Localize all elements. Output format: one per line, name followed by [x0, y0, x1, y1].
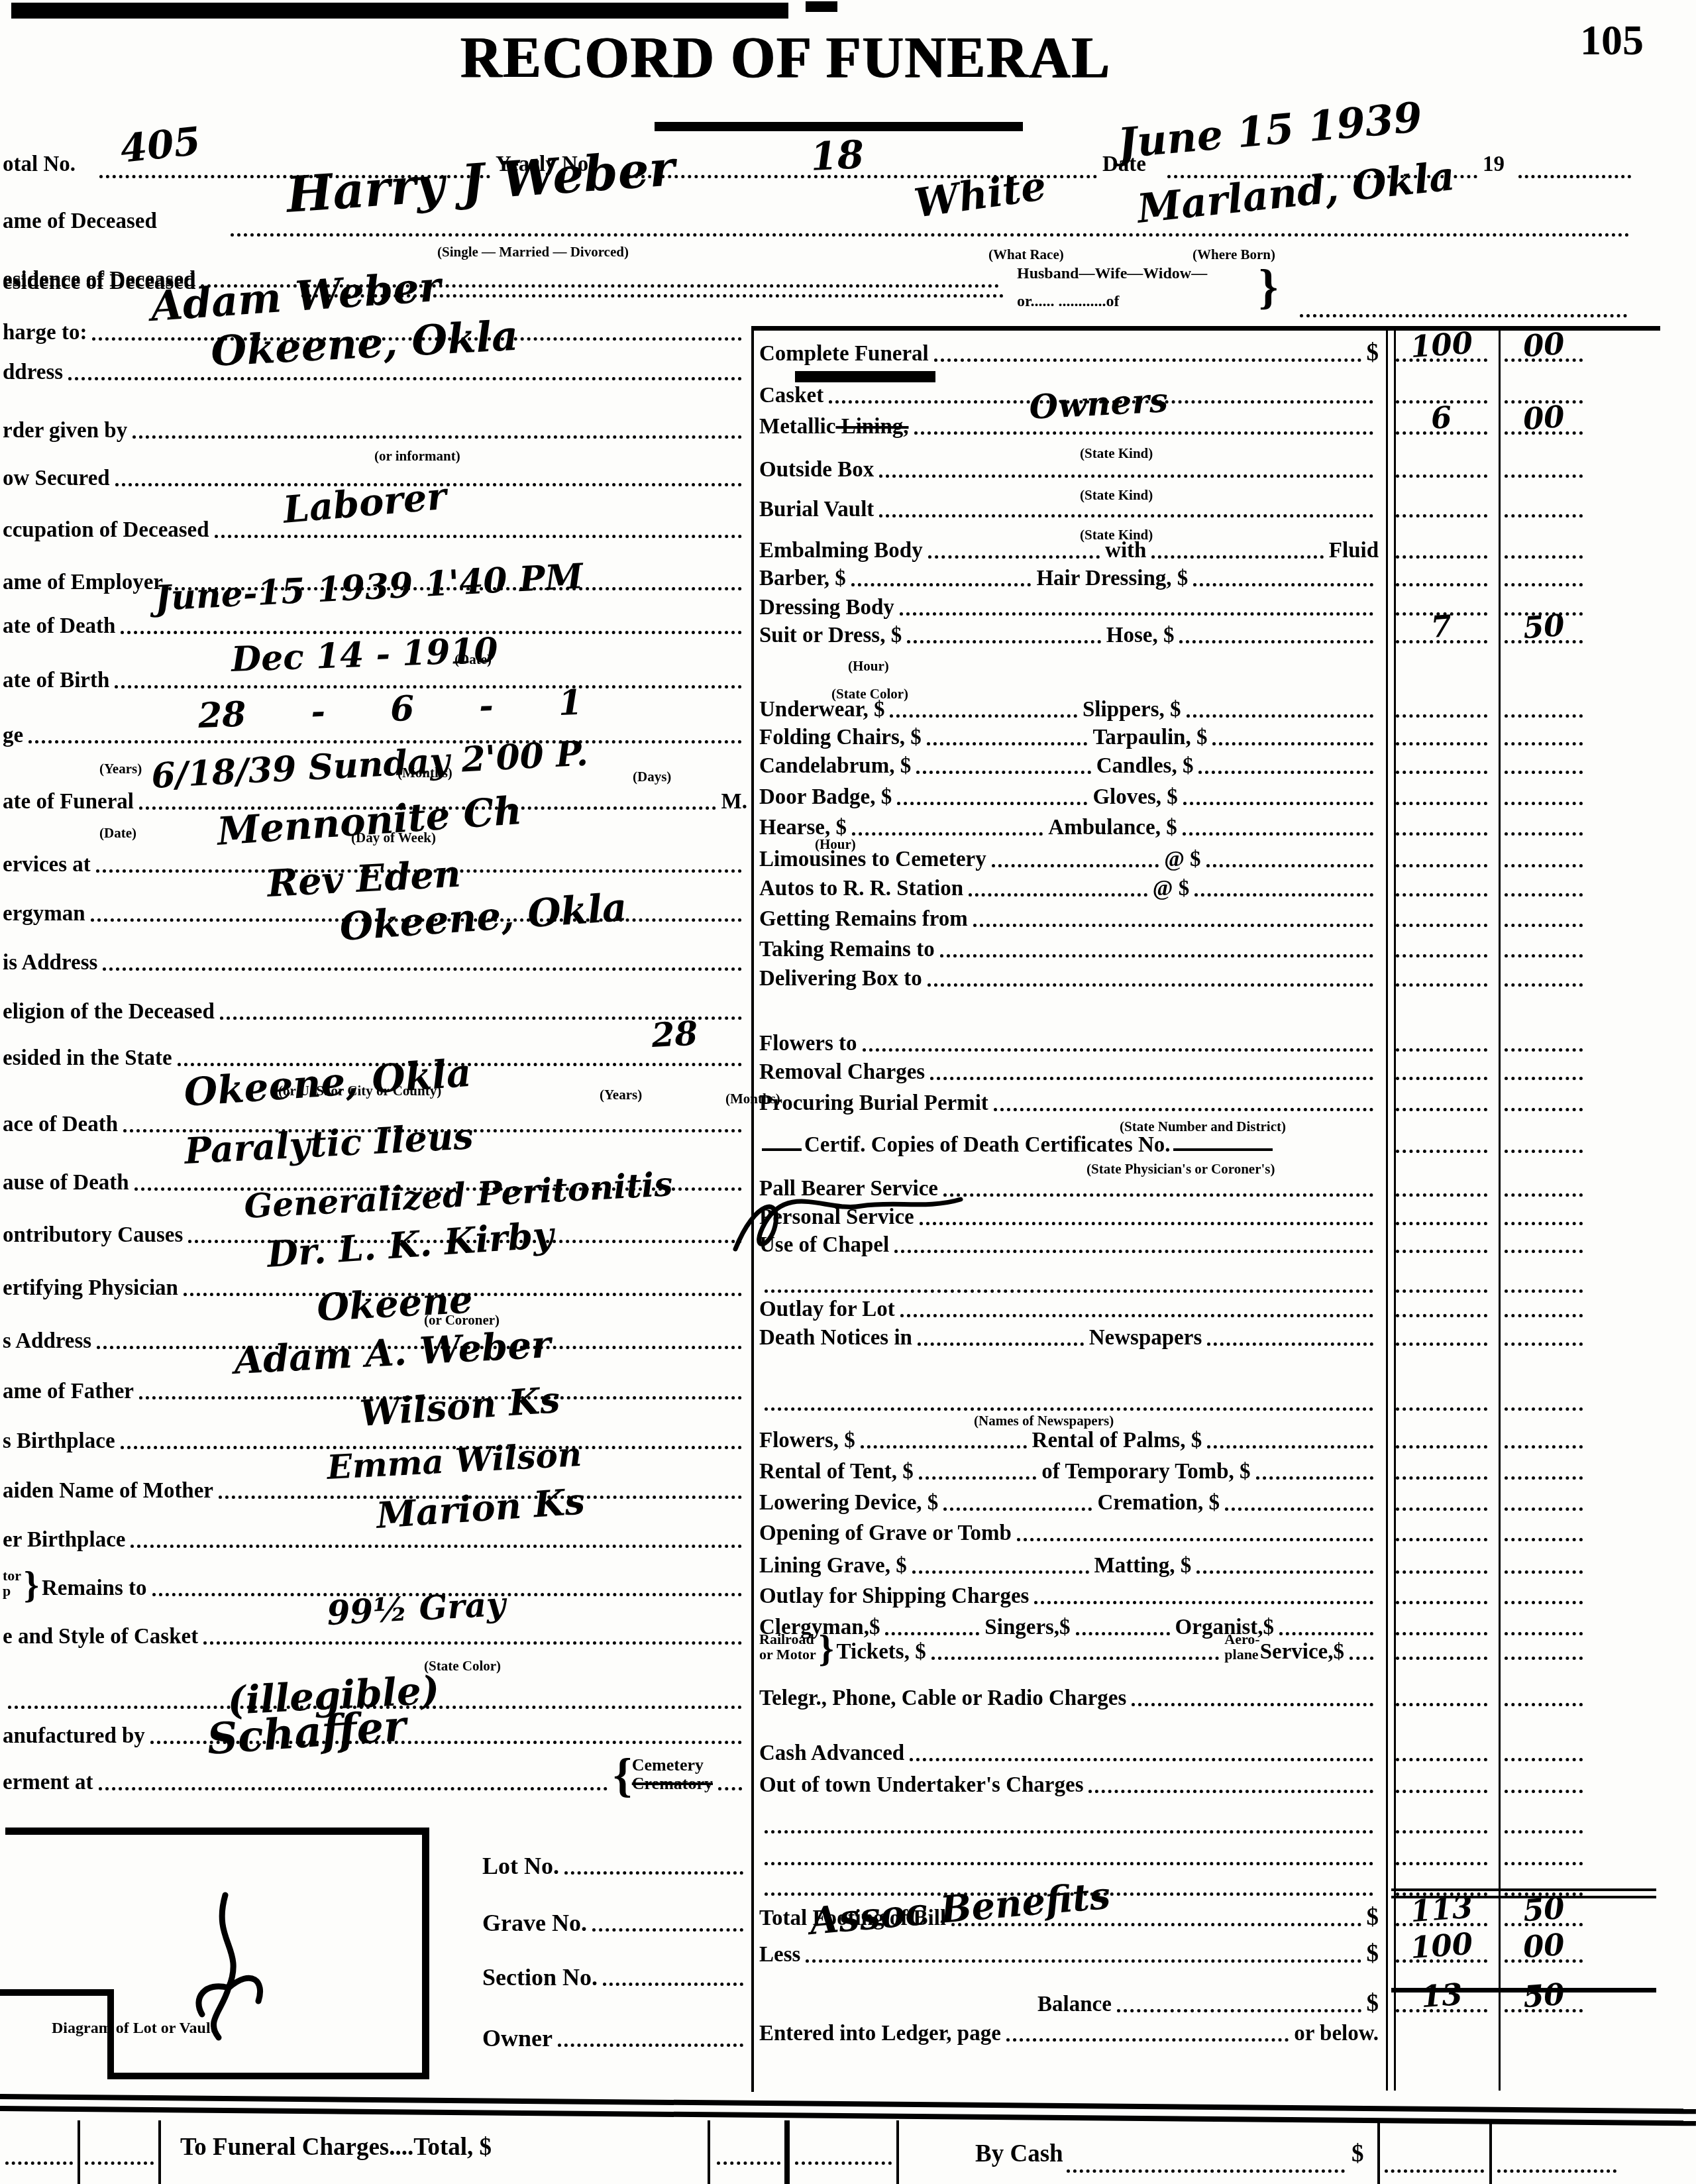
date-of-death-sub-1: (Hour) — [848, 658, 889, 675]
charge-dots-39-0 — [910, 1758, 1373, 1761]
charge-label-28-1: Newspapers — [1089, 1327, 1202, 1350]
amount-dollars-value: 100 — [1410, 332, 1473, 358]
charge-row-31: Rental of Tent, $of Temporary Tomb, $ — [759, 1454, 1650, 1484]
remains-brace-labels: torp — [3, 1568, 21, 1601]
amount-dollars-cell-9 — [1396, 714, 1487, 718]
amount-dollars-cell-6 — [1396, 583, 1487, 586]
charge-row-6: Barber, $Hair Dressing, $ — [759, 561, 1650, 591]
amount-cents-cell-46: 50 — [1505, 1985, 1583, 2012]
amount-cents-value: 50 — [1522, 1897, 1565, 1922]
charge-row-11-labels: Candelabrum, $Candles, $ — [759, 755, 1379, 779]
to-funeral-charges-label: To Funeral Charges....Total, $ — [180, 2135, 492, 2161]
charge-dots-32-0 — [943, 1507, 1092, 1511]
charge-dots-8-1 — [1179, 640, 1373, 643]
charge-label-5-0: Embalming Body — [759, 540, 923, 563]
amount-dollars-cell-19 — [1396, 1048, 1487, 1052]
field-row-religion: eligion of the Deceased — [3, 994, 747, 1024]
amount-dollars-cell-32 — [1396, 1507, 1487, 1511]
amount-cents-cell-45: 00 — [1505, 1935, 1583, 1963]
amount-dollars-cell-33 — [1396, 1538, 1487, 1541]
interment-at-handwritten-value: Schaffer — [206, 1705, 407, 1761]
charge-label-2-0: Metallic — [759, 416, 835, 439]
dollar-sign: $ — [1367, 1991, 1379, 2017]
amount-cents-cell-31 — [1505, 1476, 1583, 1480]
charge-label-10-0: Folding Chairs, $ — [759, 727, 922, 750]
charge-label-47-1: or below. — [1294, 2023, 1379, 2046]
charge-dots-31-1 — [1256, 1476, 1373, 1480]
charge-row-33-labels: Opening of Grave or Tomb — [759, 1523, 1379, 1546]
amount-dollars-cell-20 — [1396, 1077, 1487, 1080]
charge-row-41-labels — [759, 1830, 1379, 1838]
charge-dots-11-0 — [916, 771, 1091, 774]
amount-dollars-cell-30 — [1396, 1445, 1487, 1448]
charge-row-4: Burial Vault — [759, 492, 1650, 522]
charge-label-14-1: @ $ — [1164, 849, 1200, 872]
dollar-sign: $ — [1367, 341, 1379, 366]
charge-row-6-labels: Barber, $Hair Dressing, $ — [759, 568, 1379, 591]
charge-row-0: Complete Funeral$10000 — [759, 336, 1650, 366]
charge-dots-18-0 — [927, 983, 1373, 987]
section-no-label: Section No. — [482, 1965, 598, 1991]
amount-dollars-value: 13 — [1420, 1983, 1463, 2008]
railroad-stack1-1: or Motor — [759, 1647, 816, 1662]
diagram-notch-h — [0, 1989, 114, 1996]
certif-trail-line — [1173, 1148, 1273, 1151]
diagram-box-right — [422, 1828, 429, 2079]
amount-cents-cell-41 — [1505, 1830, 1583, 1833]
charge-dots-14-0 — [992, 864, 1159, 867]
amount-cents-cell-9 — [1505, 714, 1583, 718]
charge-row-18-labels: Delivering Box to — [759, 968, 1379, 991]
charge-row-16: Getting Remains from — [759, 901, 1650, 932]
amount-dollars-cell-2: 6 — [1396, 407, 1487, 435]
amount-dollars-cell-4 — [1396, 514, 1487, 518]
service-dotted-line — [1350, 1657, 1373, 1660]
charge-label-0-0: Complete Funeral — [759, 343, 929, 366]
resided-in-state-sub-2: (Months) — [725, 1091, 780, 1107]
resided-in-state-label: esided in the State — [3, 1048, 172, 1071]
charge-dots-27-0 — [900, 1314, 1373, 1317]
plot-row-owner: Owner — [482, 2021, 749, 2051]
amount-cents-cell-28 — [1505, 1342, 1583, 1346]
amount-dollars-cell-44: 113 — [1396, 1898, 1487, 1926]
charge-dots-15-1 — [1194, 893, 1373, 897]
charge-dots-10-1 — [1212, 742, 1373, 745]
amount-cents-cell-5 — [1505, 555, 1583, 559]
charge-dots-23-0 — [943, 1193, 1373, 1197]
charge-row-45-labels: Less$ — [759, 1941, 1379, 1967]
occupation-dotted-line — [215, 535, 742, 538]
charge-label-38-0: Telegr., Phone, Cable or Radio Charges — [759, 1688, 1126, 1711]
amount-dollars-cell-45: 100 — [1396, 1935, 1487, 1963]
tickets-label: Tickets, $ — [837, 1641, 926, 1665]
charge-dots-28-0 — [918, 1342, 1084, 1346]
charge-dots-20-0 — [930, 1077, 1373, 1080]
amount-dollars-cell-37 — [1396, 1657, 1487, 1660]
what-race-sub: (What Race) — [988, 246, 1064, 263]
amount-dollars-cell-15 — [1396, 893, 1487, 897]
charge-row-15-labels: Autos to R. R. Station@ $ — [759, 878, 1379, 901]
charge-row-37: Railroador Motor}Tickets, $Aero-planeSer… — [759, 1634, 1650, 1665]
dollar-sign: $ — [1367, 1941, 1379, 1967]
charge-dots-47-0 — [1006, 2038, 1289, 2042]
charge-dots-28-1 — [1207, 1342, 1373, 1346]
amount-dollars-value: 100 — [1410, 1933, 1473, 1959]
amount-dollars-cell-11 — [1396, 771, 1487, 774]
footer-dots-6 — [1385, 2146, 1484, 2173]
age-label: ge — [3, 725, 23, 748]
cemetery-crematory-labels: CemeteryCrematory — [632, 1756, 713, 1795]
charge-row-32: Lowering Device, $Cremation, $ — [759, 1485, 1650, 1515]
amount-dollars-cell-40 — [1396, 1790, 1487, 1793]
footer-dots-2 — [85, 2138, 154, 2165]
certif-lead-line — [762, 1148, 802, 1151]
amount-cents-cell-19 — [1505, 1048, 1583, 1052]
amount-cents-cell-20 — [1505, 1077, 1583, 1080]
charge-row-33: Opening of Grave or Tomb — [759, 1515, 1650, 1546]
charge-row-5-labels: Embalming BodywithFluid — [759, 540, 1379, 563]
charge-row-11: Candelabrum, $Candles, $ — [759, 748, 1650, 779]
physician-address-handwritten-value: Okeene — [316, 1282, 474, 1327]
how-secured-label: ow Secured — [3, 468, 110, 491]
cemetery-label: Cemetery — [632, 1756, 713, 1774]
charge-row-16-labels: Getting Remains from — [759, 908, 1379, 932]
charge-row-13: Hearse, $Ambulance, $ — [759, 810, 1650, 840]
charge-dots-13-0 — [852, 832, 1043, 836]
charge-dots-34-0 — [912, 1570, 1089, 1574]
charge-to-label: harge to: — [3, 322, 87, 345]
clergyman-label: ergyman — [3, 903, 85, 926]
charge-dots-16-0 — [973, 924, 1373, 927]
railroad-stack1-0: Railroad — [759, 1631, 816, 1647]
charge-dots-45-0 — [806, 1959, 1361, 1963]
charge-sub-22: (State Physician's or Coroner's) — [1086, 1161, 1275, 1177]
plot-row-grave: Grave No. — [482, 1906, 749, 1936]
charge-sub-21: (State Number and District) — [1120, 1119, 1286, 1135]
charge-label-17-0: Taking Remains to — [759, 939, 935, 962]
charge-row-47-labels: Entered into Ledger, pageor below. — [759, 2023, 1379, 2046]
amount-cents-cell-44: 50 — [1505, 1898, 1583, 1926]
charge-dots-12-1 — [1183, 802, 1373, 805]
services-at-label: ervices at — [3, 854, 91, 877]
charge-row-30-labels: Flowers, $Rental of Palms, $ — [759, 1430, 1379, 1453]
certif-copies-label: Certif. Copies of Death Certificates No. — [804, 1134, 1171, 1158]
charge-dots-30-1 — [1207, 1445, 1373, 1448]
charge-dots-41-0 — [765, 1830, 1373, 1833]
aeroplane-stack-1: plane — [1224, 1647, 1259, 1662]
amount-dollars-cell-10 — [1396, 742, 1487, 745]
amount-cents-cell-30 — [1505, 1445, 1583, 1448]
amount-dollars-cell-5 — [1396, 555, 1487, 559]
charge-row-30: Flowers, $Rental of Palms, $ — [759, 1423, 1650, 1453]
charge-label-32-0: Lowering Device, $ — [759, 1492, 938, 1515]
charge-label-9-0: Underwear, $ — [759, 699, 884, 722]
diagram-box-bottom — [107, 2073, 429, 2079]
footer-vline-3 — [708, 2120, 710, 2184]
charge-dots-7-0 — [900, 612, 1373, 616]
his-address-label: is Address — [3, 952, 97, 975]
amount-cents-cell-24 — [1505, 1222, 1583, 1225]
owner-label: Owner — [482, 2026, 553, 2051]
charge-label-16-0: Getting Remains from — [759, 908, 968, 932]
amount-dollars-cell-39 — [1396, 1758, 1487, 1761]
amount-cents-cell-32 — [1505, 1507, 1583, 1511]
charge-row-1: Casket — [759, 378, 1650, 408]
amount-cents-value: 00 — [1522, 1934, 1565, 1959]
charge-row-27: Outlay for Lot — [759, 1291, 1650, 1322]
charge-label-20-0: Removal Charges — [759, 1062, 925, 1085]
plot-row-section: Section No. — [482, 1960, 749, 1991]
charge-row-3-labels: Outside Box — [759, 459, 1379, 482]
aeroplane-labels: Aero-plane — [1224, 1631, 1259, 1665]
charge-label-46-0: Balance — [1037, 1994, 1112, 2017]
amount-cents-cell-27 — [1505, 1314, 1583, 1317]
amount-dollars-cell-35 — [1396, 1601, 1487, 1604]
charge-sub-29: (Names of Newspapers) — [974, 1413, 1114, 1429]
charge-row-12-labels: Door Badge, $Gloves, $ — [759, 787, 1379, 810]
amount-cents-cell-13 — [1505, 832, 1583, 836]
amount-cents-cell-11 — [1505, 771, 1583, 774]
charge-label-33-0: Opening of Grave or Tomb — [759, 1523, 1012, 1546]
date-of-funeral-sub-2: (Hour) — [815, 836, 856, 853]
amount-dollars-value: 113 — [1410, 1896, 1473, 1923]
amount-dollars-cell-8: 7 — [1396, 616, 1487, 643]
footer-vline-1 — [78, 2120, 80, 2184]
amount-cents-cell-0: 00 — [1505, 334, 1583, 362]
amount-dollars-cell-16 — [1396, 924, 1487, 927]
physician-address-label: s Address — [3, 1331, 91, 1354]
railroad-brace-glyph: } — [816, 1632, 837, 1665]
date-of-birth-label: ate of Birth — [3, 670, 109, 693]
date-of-funeral-tail: M. — [721, 791, 747, 814]
charge-dots-12-0 — [897, 802, 1087, 805]
charge-dots-15-0 — [969, 893, 1147, 897]
charge-dots-17-0 — [940, 954, 1373, 957]
remains-brace-line1: p — [3, 1583, 21, 1598]
casket-size-style-handwritten-value: 99½ Gray — [326, 1588, 506, 1630]
charge-label-47-0: Entered into Ledger, page — [759, 2023, 1001, 2046]
page-number: 105 — [1580, 16, 1644, 65]
amount-dollars-cell-21 — [1396, 1108, 1487, 1111]
charge-label-5-2: Fluid — [1329, 540, 1379, 563]
amount-dollars-cell-12 — [1396, 802, 1487, 805]
amount-dollars-cell-3 — [1396, 474, 1487, 478]
footer-vline-2 — [158, 2120, 161, 2184]
charge-row-10-labels: Folding Chairs, $Tarpaulin, $ — [759, 727, 1379, 750]
charge-row-14: Limousines to Cemetery@ $ — [759, 842, 1650, 872]
charge-sub-4: (State Kind) — [1080, 527, 1153, 543]
amount-cents-cell-29 — [1505, 1407, 1583, 1411]
charge-dots-21-0 — [994, 1108, 1373, 1111]
charge-row-8: Suit or Dress, $Hose, $750 — [759, 618, 1650, 648]
charge-dots-6-1 — [1193, 583, 1373, 586]
employer-label: ame of Employer — [3, 572, 163, 595]
charge-row-22-labels: Certif. Copies of Death Certificates No. — [759, 1134, 1379, 1158]
charge-label-5-1: with — [1105, 540, 1146, 563]
charge-label-11-1: Candles, $ — [1096, 755, 1194, 779]
charge-label-13-1: Ambulance, $ — [1048, 817, 1177, 840]
charge-label-35-0: Outlay for Shipping Charges — [759, 1586, 1029, 1609]
resided-in-state-handwritten-value: 28 — [651, 1016, 698, 1052]
footer-dots-7 — [1497, 2146, 1616, 2173]
charge-row-20: Removal Charges — [759, 1054, 1650, 1085]
charge-sub-3: (State Kind) — [1080, 487, 1153, 504]
charge-row-4-labels: Burial Vault — [759, 499, 1379, 522]
charge-dots-5-1 — [1151, 555, 1323, 559]
charge-row-2: Metallic Lining,600 — [759, 409, 1650, 439]
amount-cents-value: 50 — [1522, 614, 1565, 639]
interment-at-label: erment at — [3, 1772, 93, 1795]
date-printed-year: 19 — [1483, 154, 1505, 177]
charge-row-35: Outlay for Shipping Charges — [759, 1578, 1650, 1609]
charge-label-39-0: Cash Advanced — [759, 1743, 904, 1766]
charge-row-31-labels: Rental of Tent, $of Temporary Tomb, $ — [759, 1461, 1379, 1484]
charge-row-45: Less$10000 — [759, 1937, 1650, 1967]
aeroplane-service-label: Service,$ — [1260, 1641, 1344, 1665]
charge-label-18-0: Delivering Box to — [759, 968, 922, 991]
amount-cents-cell-6 — [1505, 583, 1583, 586]
charge-label-15-0: Autos to R. R. Station — [759, 878, 963, 901]
charge-dots-14-1 — [1206, 864, 1373, 867]
contributory-causes-label: ontributory Causes — [3, 1225, 183, 1248]
amount-cents-cell-2: 00 — [1505, 407, 1583, 435]
charge-row-42 — [759, 1839, 1650, 1870]
charge-dots-29-0 — [765, 1407, 1373, 1411]
date-of-birth-handwritten-value: Dec 14 - 1910 — [231, 633, 498, 677]
charge-row-28-labels: Death Notices inNewspapers — [759, 1327, 1379, 1350]
amount-cents-cell-14 — [1505, 864, 1583, 867]
charge-row-46-labels: Balance$ — [759, 1991, 1379, 2017]
charge-dots-2-0 — [914, 431, 1374, 435]
name-of-father-label: ame of Father — [3, 1381, 134, 1404]
charge-dots-24-0 — [920, 1222, 1373, 1225]
amount-dollars-cell-13 — [1396, 832, 1487, 836]
amount-cents-cell-39 — [1505, 1758, 1583, 1761]
diagram-caption: Diagram of Lot or Vault — [52, 2020, 216, 2038]
grave-no-label: Grave No. — [482, 1911, 587, 1936]
footer-dots-1 — [5, 2138, 73, 2165]
amount-dollars-cell-25 — [1396, 1250, 1487, 1253]
amount-dollars-cell-41 — [1396, 1830, 1487, 1833]
charge-label-19-0: Flowers to — [759, 1033, 857, 1056]
title-underline — [655, 122, 1023, 131]
charge-label-6-0: Barber, $ — [759, 568, 846, 591]
amount-cents-cell-4 — [1505, 514, 1583, 518]
amount-cents-value: 50 — [1522, 1983, 1565, 2008]
charge-sub-2: (State Kind) — [1080, 445, 1153, 462]
total-no-label: otal No. — [3, 154, 76, 177]
charge-label-15-1: @ $ — [1153, 878, 1189, 901]
amount-dollars-value: 6 — [1430, 406, 1453, 430]
casket-size-style-dotted-line — [203, 1641, 742, 1645]
charge-label-32-1: Cremation, $ — [1097, 1492, 1220, 1515]
remains-brace-line0: tor — [3, 1568, 21, 1583]
charge-row-28: Death Notices inNewspapers — [759, 1320, 1650, 1350]
amount-cents-cell-8: 50 — [1505, 616, 1583, 643]
footer-dots-3 — [717, 2138, 780, 2165]
charge-row-5: Embalming BodywithFluid — [759, 533, 1650, 563]
charge-label-9-1: Slippers, $ — [1083, 699, 1181, 722]
charge-dots-42-0 — [765, 1862, 1373, 1865]
diagram-box-top — [5, 1828, 429, 1835]
charge-row-42-labels — [759, 1862, 1379, 1870]
amount-dollars-cell-29 — [1396, 1407, 1487, 1411]
charge-label-14-0: Limousines to Cemetery — [759, 849, 986, 872]
age-dotted-line — [28, 740, 742, 743]
amount-dollars-cell-22 — [1396, 1150, 1487, 1153]
charge-label-10-1: Tarpaulin, $ — [1092, 727, 1207, 750]
amount-dollars-cell-28 — [1396, 1342, 1487, 1346]
address-dotted-line — [68, 377, 742, 380]
charge-label-21-0: Procuring Burial Permit — [759, 1093, 988, 1116]
tickets-dotted-line — [931, 1657, 1220, 1660]
charge-dots-35-0 — [1034, 1601, 1373, 1604]
charge-dots-30-0 — [861, 1445, 1027, 1448]
charge-row-19-labels: Flowers to — [759, 1033, 1379, 1056]
charge-row-47: Entered into Ledger, pageor below. — [759, 2016, 1650, 2046]
struck-word: Lining, — [835, 416, 908, 439]
amount-cents-cell-10 — [1505, 742, 1583, 745]
charge-dots-6-0 — [851, 583, 1032, 586]
occupation-label: ccupation of Deceased — [3, 519, 209, 543]
charge-dots-11-1 — [1198, 771, 1373, 774]
order-given-by-sub-0: (or informant) — [374, 448, 460, 464]
charge-label-31-1: of Temporary Tomb, $ — [1041, 1461, 1250, 1484]
charge-label-3-0: Outside Box — [759, 459, 874, 482]
remains-brace-glyph: } — [21, 1568, 42, 1601]
amount-cents-cell-15 — [1505, 893, 1583, 897]
amount-dollars-cell-42 — [1396, 1862, 1487, 1865]
grave-no-line — [592, 1928, 743, 1932]
amount-dollars-cell-18 — [1396, 983, 1487, 987]
charge-row-21-labels: Procuring Burial Permit — [759, 1093, 1379, 1116]
charge-dots-10-0 — [927, 742, 1088, 745]
charge-row-39-labels: Cash Advanced — [759, 1743, 1379, 1766]
casket-size-style-label: e and Style of Casket — [3, 1626, 198, 1649]
charge-dots-9-1 — [1187, 714, 1374, 718]
field-row-order-given-by: rder given by — [3, 413, 747, 443]
charge-row-34-labels: Lining Grave, $Matting, $ — [759, 1555, 1379, 1578]
marital-status-sub: (Single — Married — Divorced) — [437, 244, 629, 260]
charge-label-34-0: Lining Grave, $ — [759, 1555, 907, 1578]
total-no-value: 405 — [119, 122, 202, 168]
order-given-by-dotted-line — [132, 435, 742, 439]
lot-no-line — [564, 1871, 743, 1875]
amount-cents-cell-40 — [1505, 1790, 1583, 1793]
by-cash-dollar: $ — [1351, 2142, 1364, 2167]
charge-row-7-labels: Dressing Body — [759, 597, 1379, 620]
field-row-mother-birthplace: er Birthplace — [3, 1522, 747, 1553]
amount-cents-cell-18 — [1505, 983, 1583, 987]
cause-of-death-label: ause of Death — [3, 1172, 129, 1195]
charge-label-40-0: Out of town Undertaker's Charges — [759, 1774, 1083, 1798]
marital-line2: or...... ............of — [1017, 293, 1119, 311]
cemetery-trailing-dots — [718, 1787, 742, 1790]
charge-label-30-0: Flowers, $ — [759, 1430, 855, 1453]
amount-cents-cell-21 — [1505, 1108, 1583, 1111]
amount-cents-cell-37 — [1505, 1657, 1583, 1660]
mother-birthplace-label: er Birthplace — [3, 1529, 125, 1553]
charge-dots-8-0 — [907, 640, 1101, 643]
father-birthplace-label: s Birthplace — [3, 1431, 115, 1454]
charge-label-30-1: Rental of Palms, $ — [1032, 1430, 1202, 1453]
charge-label-6-1: Hair Dressing, $ — [1036, 568, 1188, 591]
remains-to-label: Remains to — [42, 1578, 147, 1601]
charge-sub-8: (State Color) — [831, 686, 908, 702]
charge-row-41 — [759, 1808, 1650, 1838]
field-row-interment-at: erment at{CemeteryCrematory — [3, 1765, 747, 1795]
charge-row-12: Door Badge, $Gloves, $ — [759, 779, 1650, 810]
